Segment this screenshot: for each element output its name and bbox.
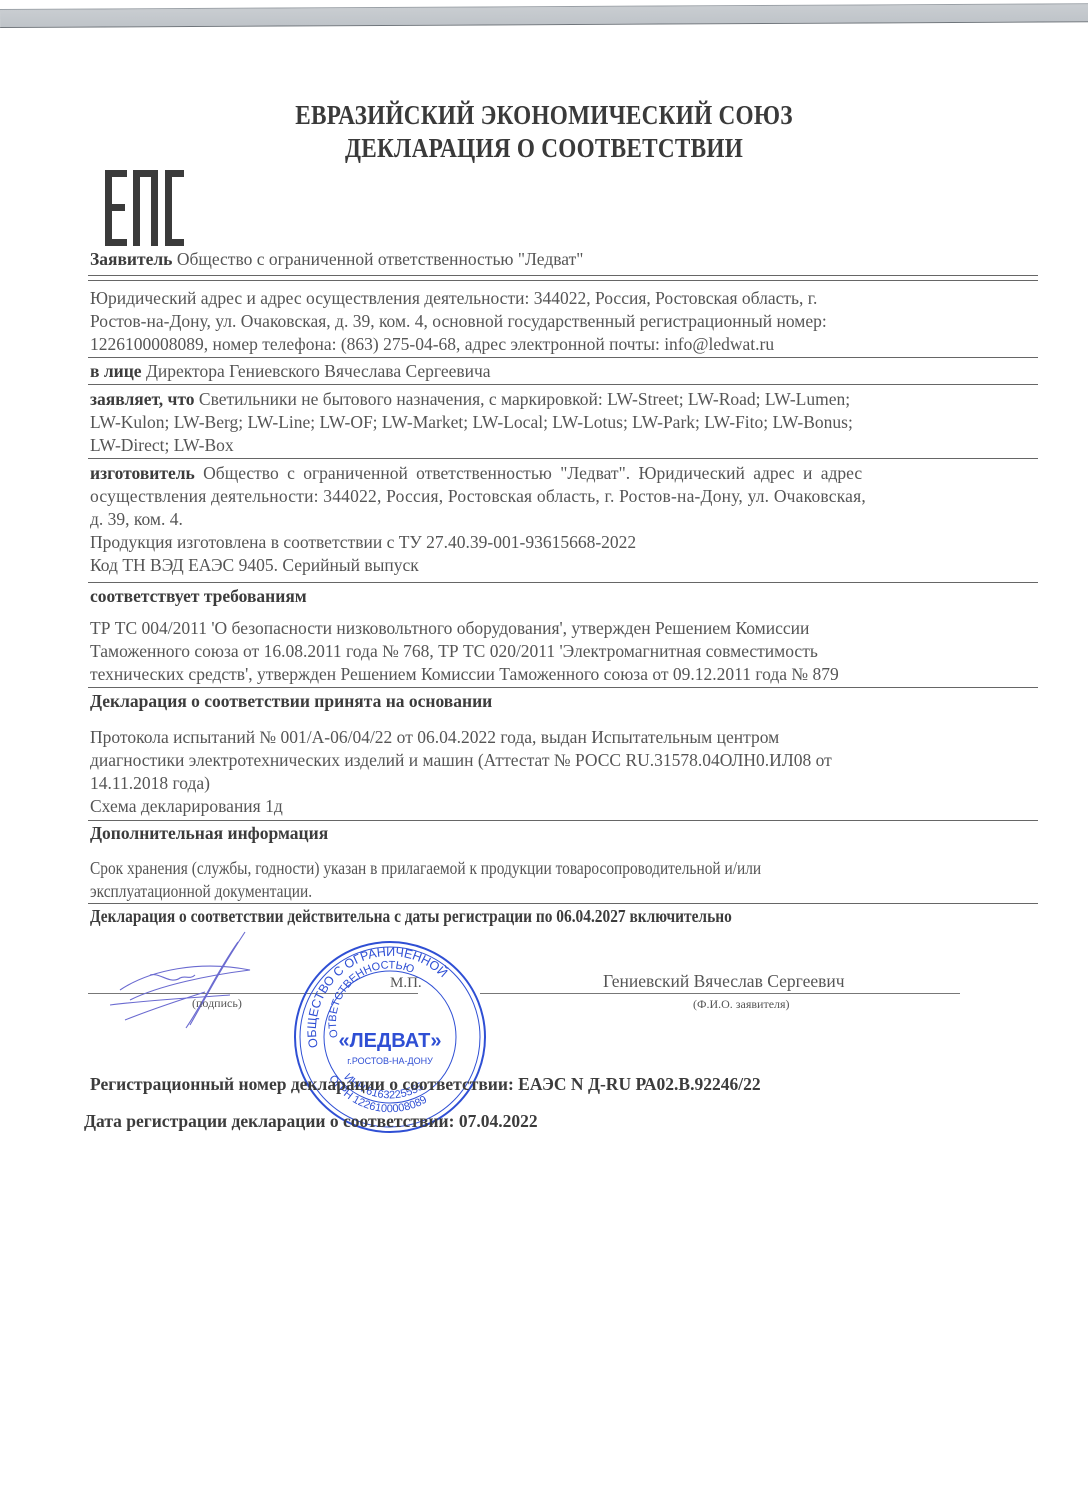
registration-date-label: Дата регистрации декларации о соответств…: [84, 1111, 454, 1131]
registration-date: 07.04.2022: [459, 1111, 538, 1131]
declares-line: LW-Kulon; LW-Berg; LW-Line; LW-OF; LW-Ma…: [90, 411, 1040, 434]
stamp-city: г.РОСТОВ-НА-ДОНУ: [347, 1056, 433, 1066]
manufacturer-label: изготовитель: [90, 463, 195, 483]
handwritten-signature-icon: [110, 930, 260, 1030]
name-line: [480, 993, 960, 994]
additional-label: Дополнительная информация: [90, 822, 1040, 845]
manufacturer-line: осуществления деятельности: 344022, Росс…: [90, 485, 1040, 508]
signature-label: (подпись): [192, 996, 242, 1011]
requirements-line: технических средств', утвержден Решением…: [90, 663, 1040, 686]
divider: [88, 275, 1038, 281]
manufacturer-line: Общество с ограниченной ответственностью…: [203, 463, 862, 483]
representative-row: в лице Директора Гениевского Вячеслава С…: [90, 360, 1040, 383]
basis-block: Протокола испытаний № 001/А-06/04/22 от …: [90, 726, 1040, 818]
divider: [88, 357, 1038, 358]
registration-date-row: Дата регистрации декларации о соответств…: [84, 1110, 1034, 1133]
address-line: Ростов-на-Дону, ул. Очаковская, д. 39, к…: [90, 310, 1040, 333]
registration-number: ЕАЭС N Д-RU РА02.В.92246/22: [518, 1074, 760, 1094]
divider: [88, 820, 1038, 821]
applicant-name: Гениевский Вячеслав Сергеевич: [603, 970, 923, 993]
representative-label: в лице: [90, 361, 142, 381]
additional-line: эксплуатационной документации.: [90, 880, 1040, 903]
basis-line: диагностики электротехнических изделий и…: [90, 749, 1040, 772]
divider: [88, 903, 1038, 904]
address-line: 1226100008089, номер телефона: (863) 275…: [90, 333, 1040, 356]
registration-number-label: Регистрационный номер декларации о соотв…: [90, 1074, 514, 1094]
eac-logo-icon: [105, 170, 185, 246]
basis-line: Протокола испытаний № 001/А-06/04/22 от …: [90, 726, 1040, 749]
address-block: Юридический адрес и адрес осуществления …: [90, 287, 1040, 356]
applicant-row: Заявитель Общество с ограниченной ответс…: [90, 248, 1040, 271]
applicant-name-label: (Ф.И.О. заявителя): [693, 997, 790, 1012]
declares-line: Светильники не бытового назначения, с ма…: [199, 389, 850, 409]
company-stamp-icon: ОБЩЕСТВО С ОГРАНИЧЕННОЙ ОТВЕТСТВЕННОСТЬЮ…: [290, 937, 490, 1137]
additional-line: Срок хранения (службы, годности) указан …: [90, 857, 1040, 880]
divider: [88, 687, 1038, 688]
requirements-label: соответствует требованиям: [90, 585, 1040, 608]
validity-statement: Декларация о соответствии действительна …: [90, 905, 1040, 928]
applicant-label: Заявитель: [90, 249, 172, 269]
divider: [88, 384, 1038, 385]
registration-number-row: Регистрационный номер декларации о соотв…: [90, 1073, 1040, 1096]
union-title: ЕВРАЗИЙСКИЙ ЭКОНОМИЧЕСКИЙ СОЮЗ: [76, 100, 1012, 131]
product-spec: Продукция изготовлена в соответствии с Т…: [90, 531, 1040, 554]
stamp-company: «ЛЕДВАТ»: [339, 1030, 442, 1052]
product-code: Код ТН ВЭД ЕАЭС 9405. Серийный выпуск: [90, 554, 1040, 577]
manufacturer-block: изготовитель Общество с ограниченной отв…: [90, 462, 1040, 577]
basis-line: 14.11.2018 года): [90, 772, 1040, 795]
declaration-scheme: Схема декларирования 1д: [90, 795, 1040, 818]
address-line: Юридический адрес и адрес осуществления …: [90, 287, 1040, 310]
document-title: ДЕКЛАРАЦИЯ О СООТВЕТСТВИИ: [76, 133, 1012, 164]
divider: [88, 458, 1038, 459]
representative-value: Директора Гениевского Вячеслава Сергееви…: [146, 361, 491, 381]
scan-edge: [0, 3, 1088, 28]
applicant-value: Общество с ограниченной ответственностью…: [177, 249, 584, 269]
requirements-line: Таможенного союза от 16.08.2011 года № 7…: [90, 640, 1040, 663]
declares-label: заявляет, что: [90, 389, 195, 409]
requirements-line: ТР ТС 004/2011 'О безопасности низковоль…: [90, 617, 1040, 640]
divider: [88, 582, 1038, 583]
declares-line: LW-Direct; LW-Box: [90, 434, 1040, 457]
declares-block: заявляет, что Светильники не бытового на…: [90, 388, 1040, 457]
basis-label: Декларация о соответствии принята на осн…: [90, 690, 1040, 713]
additional-block: Срок хранения (службы, годности) указан …: [90, 857, 1040, 903]
manufacturer-line: д. 39, ком. 4.: [90, 508, 1040, 531]
requirements-block: ТР ТС 004/2011 'О безопасности низковоль…: [90, 617, 1040, 686]
